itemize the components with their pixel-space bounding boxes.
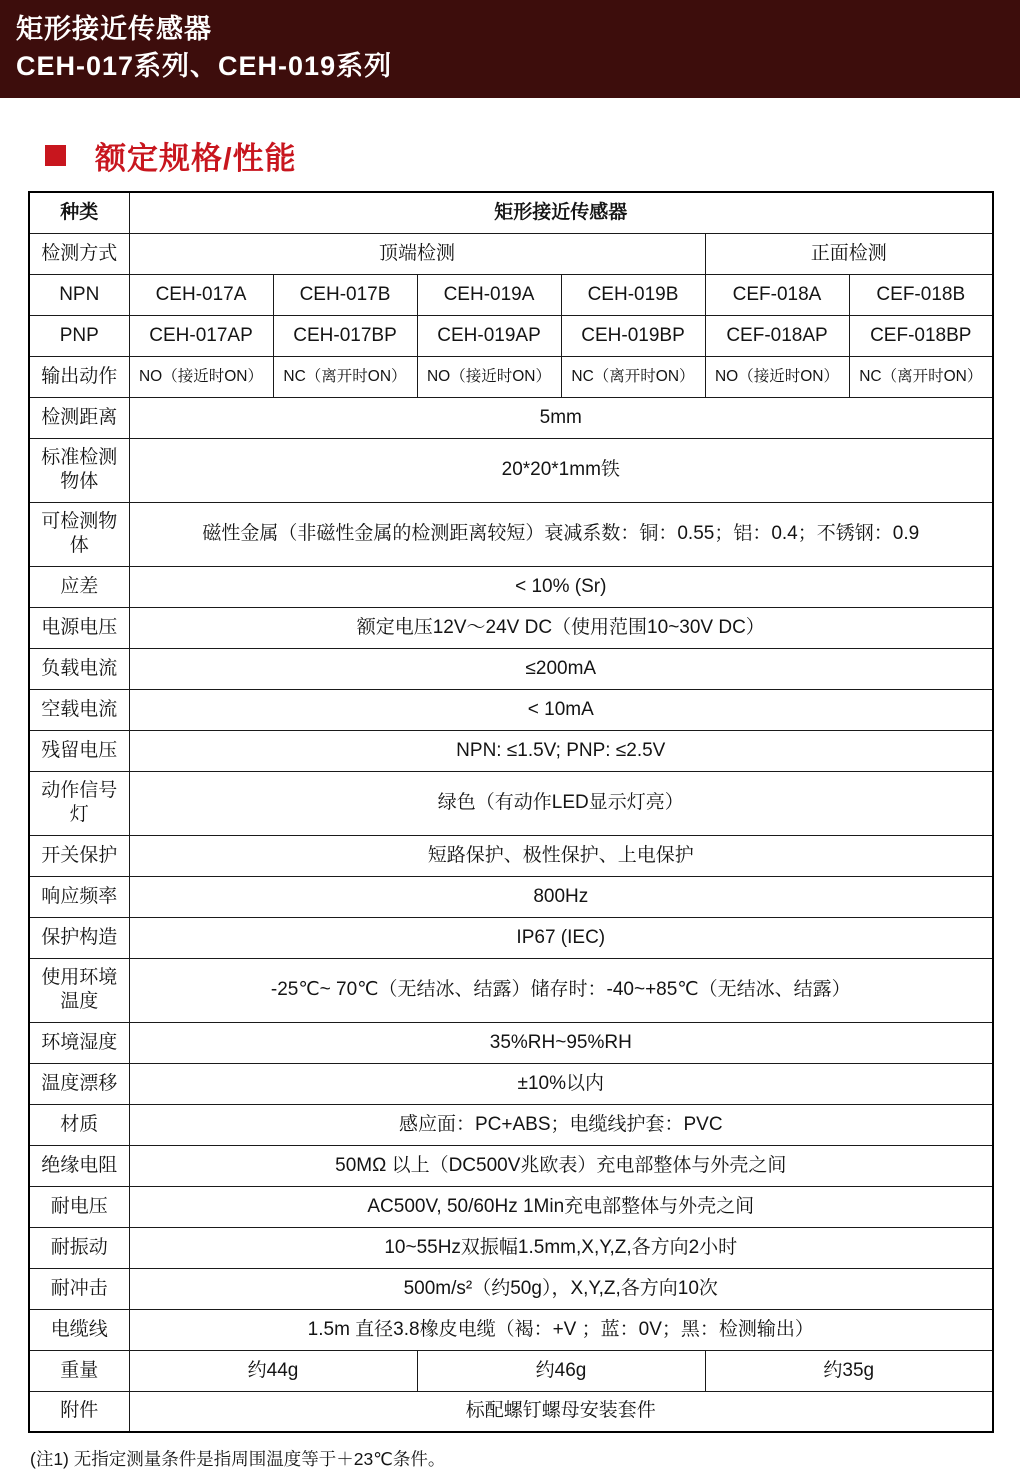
model-cell: CEH-017A [129,274,273,315]
row-hysteresis: 应差 < 10% (Sr) [29,566,993,607]
spec-value: 磁性金属（非磁性金属的检测距离较短）衰减系数：铜：0.55；铝：0.4；不锈钢：… [129,502,993,566]
weight-cell: 约35g [705,1350,993,1391]
product-title: 矩形接近传感器 [16,11,1020,48]
model-cell: CEH-017BP [273,315,417,356]
row-label: 输出动作 [29,356,129,397]
row-label: 电源电压 [29,607,129,648]
spec-value: 10~55Hz双振幅1.5mm,X,Y,Z,各方向2小时 [129,1227,993,1268]
spec-value: ±10%以内 [129,1063,993,1104]
row-temperature-drift: 温度漂移 ±10%以内 [29,1063,993,1104]
row-label: 响应频率 [29,876,129,917]
row-label: PNP [29,315,129,356]
row-material: 材质 感应面：PC+ABS；电缆线护套：PVC [29,1104,993,1145]
output-action-cell: NC（离开时ON） [273,356,417,397]
spec-table-wrapper: 种类 矩形接近传感器 检测方式 顶端检测 正面检测 NPN CEH-017A C… [28,191,992,1433]
spec-value: 800Hz [129,876,993,917]
spec-value: 5mm [129,397,993,438]
row-label: 附件 [29,1391,129,1432]
section-header: 额定规格/性能 [45,134,1020,176]
row-insulation-resistance: 绝缘电阻 50MΩ 以上（DC500V兆欧表）充电部整体与外壳之间 [29,1145,993,1186]
model-cell: CEH-017AP [129,315,273,356]
row-label: 负载电流 [29,648,129,689]
row-label: 电缆线 [29,1309,129,1350]
spec-value: 感应面：PC+ABS；电缆线护套：PVC [129,1104,993,1145]
row-label: 保护构造 [29,917,129,958]
row-detectable-object: 可检测物体 磁性金属（非磁性金属的检测距离较短）衰减系数：铜：0.55；铝：0.… [29,502,993,566]
row-residual-voltage: 残留电压 NPN: ≤1.5V; PNP: ≤2.5V [29,730,993,771]
row-accessories: 附件 标配螺钉螺母安装套件 [29,1391,993,1432]
row-protection-circuits: 开关保护 短路保护、极性保护、上电保护 [29,835,993,876]
spec-value: 矩形接近传感器 [129,192,993,233]
row-indicator-lamp: 动作信号灯 绿色（有动作LED显示灯亮） [29,771,993,835]
row-kind: 种类 矩形接近传感器 [29,192,993,233]
row-label: 耐冲击 [29,1268,129,1309]
spec-value: 标配螺钉螺母安装套件 [129,1391,993,1432]
row-label: 检测方式 [29,233,129,274]
spec-value: 短路保护、极性保护、上电保护 [129,835,993,876]
output-action-cell: NO（接近时ON） [129,356,273,397]
row-label: 环境湿度 [29,1022,129,1063]
row-label: 重量 [29,1350,129,1391]
row-detection-method: 检测方式 顶端检测 正面检测 [29,233,993,274]
spec-value: ≤200mA [129,648,993,689]
spec-value: 500m/s²（约50g），X,Y,Z,各方向10次 [129,1268,993,1309]
row-label: 绝缘电阻 [29,1145,129,1186]
footnote-text: (注1) 无指定测量条件是指周围温度等于＋23℃条件。 [30,1446,1020,1471]
row-label: 残留电压 [29,730,129,771]
model-cell: CEH-019AP [417,315,561,356]
row-protection-structure: 保护构造 IP67 (IEC) [29,917,993,958]
row-label: 可检测物体 [29,502,129,566]
model-cell: CEF-018AP [705,315,849,356]
row-response-frequency: 响应频率 800Hz [29,876,993,917]
spec-value: < 10mA [129,689,993,730]
row-cable: 电缆线 1.5m 直径3.8橡皮电缆（褐：+V ；蓝：0V；黑：检测输出） [29,1309,993,1350]
row-label: 种类 [29,192,129,233]
weight-cell: 约44g [129,1350,417,1391]
row-label: 应差 [29,566,129,607]
product-series: CEH-017系列、CEH-019系列 [16,48,1020,85]
weight-cell: 约46g [417,1350,705,1391]
row-label: 温度漂移 [29,1063,129,1104]
row-label: 使用环境温度 [29,958,129,1022]
row-standard-object: 标准检测物体 20*20*1mm铁 [29,438,993,502]
row-label: 耐振动 [29,1227,129,1268]
row-ambient-humidity: 环境湿度 35%RH~95%RH [29,1022,993,1063]
row-no-load-current: 空载电流 < 10mA [29,689,993,730]
spec-value: 绿色（有动作LED显示灯亮） [129,771,993,835]
row-withstand-voltage: 耐电压 AC500V, 50/60Hz 1Min充电部整体与外壳之间 [29,1186,993,1227]
spec-value: 正面检测 [705,233,993,274]
row-label: 材质 [29,1104,129,1145]
row-label: 空载电流 [29,689,129,730]
model-cell: CEF-018A [705,274,849,315]
output-action-cell: NC（离开时ON） [561,356,705,397]
spec-table: 种类 矩形接近传感器 检测方式 顶端检测 正面检测 NPN CEH-017A C… [28,191,994,1433]
row-ambient-temperature: 使用环境温度 -25℃~ 70℃（无结冰、结露）储存时：-40~+85℃（无结冰… [29,958,993,1022]
row-weight: 重量 约44g 约46g 约35g [29,1350,993,1391]
model-cell: CEF-018BP [849,315,993,356]
output-action-cell: NO（接近时ON） [417,356,561,397]
row-label: 耐电压 [29,1186,129,1227]
model-cell: CEH-019BP [561,315,705,356]
section-title: 额定规格/性能 [95,133,297,178]
row-label: 标准检测物体 [29,438,129,502]
row-load-current: 负载电流 ≤200mA [29,648,993,689]
output-action-cell: NC（离开时ON） [849,356,993,397]
spec-value: 35%RH~95%RH [129,1022,993,1063]
red-square-bullet-icon [45,145,66,166]
row-vibration-resistance: 耐振动 10~55Hz双振幅1.5mm,X,Y,Z,各方向2小时 [29,1227,993,1268]
row-npn-models: NPN CEH-017A CEH-017B CEH-019A CEH-019B … [29,274,993,315]
row-label: 动作信号灯 [29,771,129,835]
output-action-cell: NO（接近时ON） [705,356,849,397]
spec-value: 50MΩ 以上（DC500V兆欧表）充电部整体与外壳之间 [129,1145,993,1186]
page-header-band: 矩形接近传感器 CEH-017系列、CEH-019系列 [0,0,1020,98]
spec-value: 顶端检测 [129,233,705,274]
spec-value: IP67 (IEC) [129,917,993,958]
spec-value: < 10% (Sr) [129,566,993,607]
spec-value: -25℃~ 70℃（无结冰、结露）储存时：-40~+85℃（无结冰、结露） [129,958,993,1022]
model-cell: CEH-019A [417,274,561,315]
model-cell: CEF-018B [849,274,993,315]
row-label: NPN [29,274,129,315]
row-label: 开关保护 [29,835,129,876]
model-cell: CEH-019B [561,274,705,315]
spec-value: AC500V, 50/60Hz 1Min充电部整体与外壳之间 [129,1186,993,1227]
row-output-action: 输出动作 NO（接近时ON） NC（离开时ON） NO（接近时ON） NC（离开… [29,356,993,397]
spec-value: NPN: ≤1.5V; PNP: ≤2.5V [129,730,993,771]
spec-value: 额定电压12V～24V DC（使用范围10~30V DC） [129,607,993,648]
model-cell: CEH-017B [273,274,417,315]
row-detection-distance: 检测距离 5mm [29,397,993,438]
row-pnp-models: PNP CEH-017AP CEH-017BP CEH-019AP CEH-01… [29,315,993,356]
row-supply-voltage: 电源电压 额定电压12V～24V DC（使用范围10~30V DC） [29,607,993,648]
row-label: 检测距离 [29,397,129,438]
row-shock-resistance: 耐冲击 500m/s²（约50g），X,Y,Z,各方向10次 [29,1268,993,1309]
spec-value: 1.5m 直径3.8橡皮电缆（褐：+V ；蓝：0V；黑：检测输出） [129,1309,993,1350]
spec-value: 20*20*1mm铁 [129,438,993,502]
